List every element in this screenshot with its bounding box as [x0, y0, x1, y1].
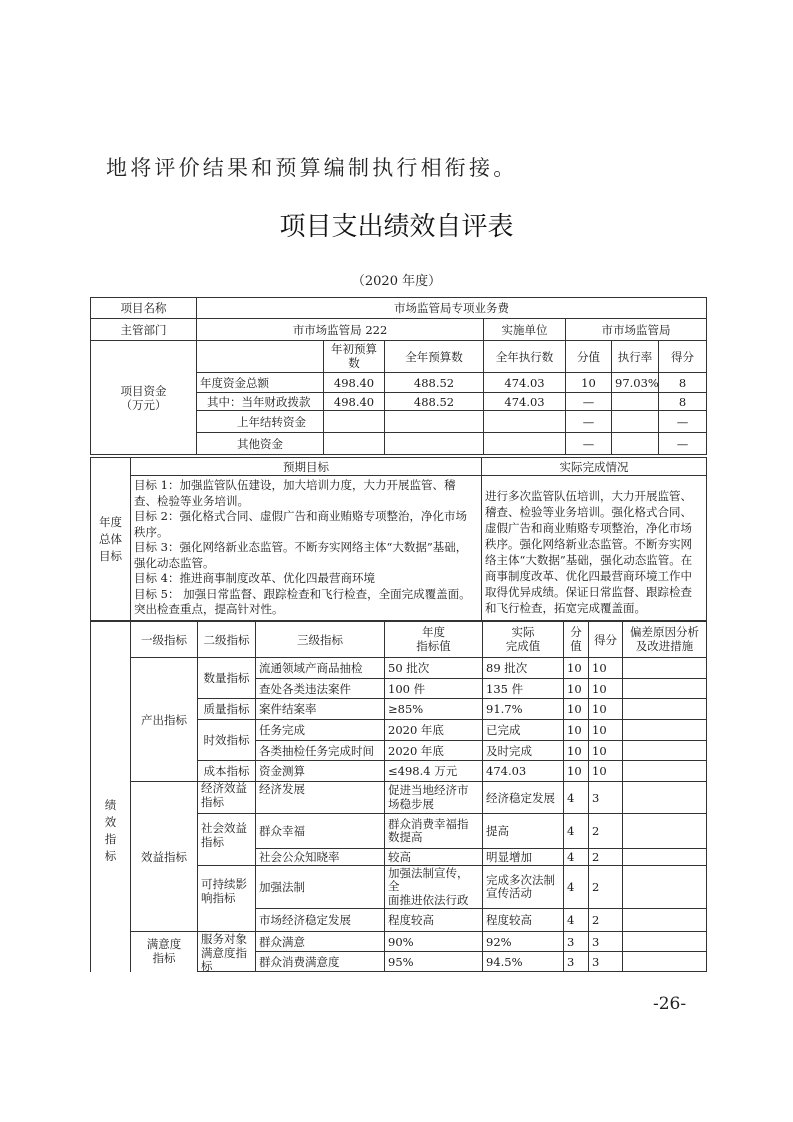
actual-cell: 完成多次法制宣传活动	[483, 866, 564, 909]
analysis-cell	[623, 909, 707, 932]
expected-goals-header: 预期目标	[131, 458, 482, 476]
indicator-row: 满意度指标 服务对象满意度指标 群众满意 90% 92% 3 3	[91, 932, 707, 952]
header-level1: 一级指标	[131, 622, 198, 658]
actual-cell: 91.7%	[483, 699, 564, 720]
actual-results-header: 实际完成情况	[482, 458, 707, 476]
score-cell: 10	[589, 658, 623, 679]
target-cell: ≤498.4 万元	[385, 761, 483, 782]
expected-goals-list: 目标 1：加强监管队伍建设，加大培训力度，大力开展监管、稽查、检验等业务培训。 …	[131, 476, 482, 621]
analysis-cell	[623, 814, 707, 849]
target-cell: 程度较高	[385, 909, 483, 932]
actual-results-text: 进行多次监管队伍培训，大力开展监管、稽查、检验等业务培训。强化格式合同、虚假广告…	[482, 476, 707, 621]
score-value-cell: 3	[564, 932, 589, 952]
level1-output: 产出指标	[131, 658, 198, 782]
indicator-row: 产出指标 数量指标 流通领域产商品抽检 50 批次 89 批次 10 10	[91, 658, 707, 679]
fund-score: 8	[659, 373, 707, 393]
score-cell: 3	[589, 782, 623, 814]
fund-executed	[484, 433, 566, 455]
analysis-cell	[623, 866, 707, 909]
header-level2: 二级指标	[198, 622, 256, 658]
level3-cell: 查处各类违法案件	[256, 679, 385, 699]
score-value-cell: 4	[564, 782, 589, 814]
actual-cell: 94.5%	[483, 952, 564, 972]
score-cell: 10	[589, 761, 623, 782]
analysis-cell	[623, 849, 707, 866]
fund-executed	[484, 411, 566, 433]
header-analysis: 偏差原因分析及改进措施	[623, 622, 707, 658]
level3-cell: 资金测算	[256, 761, 385, 782]
analysis-cell	[623, 699, 707, 720]
goal-item: 目标 1：加强监管队伍建设，加大培训力度，大力开展监管、稽查、检验等业务培训。	[134, 478, 478, 509]
page-number: -26-	[653, 994, 686, 1014]
intro-paragraph: 地将评价结果和预算编制执行相衔接。	[106, 152, 517, 182]
funds-label-line1: 项目资金	[94, 384, 193, 398]
fund-annual	[385, 433, 484, 455]
level2-service-satisfaction: 服务对象满意度指标	[198, 932, 256, 972]
level3-cell: 社会公众知晓率	[256, 849, 385, 866]
score-cell: 10	[589, 741, 623, 761]
level3-cell: 群众幸福	[256, 814, 385, 849]
fund-score-value: —	[566, 433, 612, 455]
fund-executed: 474.03	[484, 373, 566, 393]
header-target: 年度指标值	[385, 622, 483, 658]
actual-cell: 89 批次	[483, 658, 564, 679]
fund-score: —	[659, 433, 707, 455]
goals-section-label: 年度总体目标	[91, 458, 131, 621]
score-value-cell: 4	[564, 849, 589, 866]
level3-cell: 任务完成	[256, 720, 385, 741]
score-cell: 10	[589, 699, 623, 720]
level2-quantity: 数量指标	[198, 658, 256, 699]
score-cell: 2	[589, 909, 623, 932]
score-value-cell: 10	[564, 720, 589, 741]
header-exec-rate: 执行率	[612, 341, 659, 373]
score-cell: 3	[589, 932, 623, 952]
analysis-cell	[623, 782, 707, 814]
target-cell: 100 件	[385, 679, 483, 699]
analysis-cell	[623, 932, 707, 952]
header-level3: 三级指标	[256, 622, 385, 658]
fund-initial	[324, 433, 385, 455]
indicators-section-label: 绩效指标	[91, 622, 131, 972]
fund-annual	[385, 411, 484, 433]
score-value-cell: 4	[564, 909, 589, 932]
goal-item: 目标 3：强化网络新业态监管。不断夯实网络主体“大数据”基础，强化动态监管。	[134, 540, 478, 571]
score-value-cell: 10	[564, 679, 589, 699]
actual-cell: 提高	[483, 814, 564, 849]
fund-name: 年度资金总额	[197, 373, 324, 393]
level2-quality: 质量指标	[198, 699, 256, 720]
level3-cell: 加强法制	[256, 866, 385, 909]
fund-name: 上年结转资金	[197, 411, 324, 433]
target-cell: 95%	[385, 952, 483, 972]
goal-item: 目标 5： 加强日常监督、跟踪检查和飞行检查，全面完成覆盖面。突出检查重点，提高…	[134, 587, 478, 618]
fund-score-value: —	[566, 411, 612, 433]
analysis-cell	[623, 679, 707, 699]
fund-score: —	[659, 411, 707, 433]
actual-cell: 经济稳定发展	[483, 782, 564, 814]
fund-executed: 474.03	[484, 393, 566, 411]
indicator-row: 效益指标 经济效益指标 经济发展 促进当地经济市场稳步展 经济稳定发展 4 3	[91, 782, 707, 814]
fund-score-value: —	[566, 393, 612, 411]
score-cell: 3	[589, 952, 623, 972]
score-cell: 10	[589, 720, 623, 741]
analysis-cell	[623, 952, 707, 972]
fund-rate	[612, 393, 659, 411]
project-name-value: 市场监管局专项业务费	[197, 298, 707, 319]
header-actual: 实际完成值	[483, 622, 564, 658]
actual-cell: 程度较高	[483, 909, 564, 932]
analysis-cell	[623, 741, 707, 761]
actual-cell: 明显增加	[483, 849, 564, 866]
level1-satisfaction: 满意度指标	[131, 932, 198, 972]
level3-cell: 群众满意	[256, 932, 385, 952]
dept-label: 主管部门	[91, 319, 197, 341]
score-cell: 2	[589, 866, 623, 909]
score-cell: 10	[589, 679, 623, 699]
header-score: 得分	[589, 622, 623, 658]
analysis-cell	[623, 658, 707, 679]
fund-annual: 488.52	[385, 373, 484, 393]
analysis-cell	[623, 720, 707, 741]
header-annual-budget: 全年预算数	[385, 341, 484, 373]
indicators-table: 绩效指标 一级指标 二级指标 三级指标 年度指标值 实际完成值 分值 得分 偏差…	[90, 621, 707, 972]
goal-item: 目标 4：推进商事制度改革、优化四最营商环境	[134, 571, 478, 587]
header-score-value: 分值	[566, 341, 612, 373]
project-name-label: 项目名称	[91, 298, 197, 319]
level3-cell: 经济发展	[256, 782, 385, 814]
fund-rate: 97.03%	[612, 373, 659, 393]
target-cell: 90%	[385, 932, 483, 952]
fund-score: 8	[659, 393, 707, 411]
level2-economic: 经济效益指标	[198, 782, 256, 814]
score-cell: 2	[589, 849, 623, 866]
score-value-cell: 10	[564, 761, 589, 782]
funds-header-blank	[197, 341, 324, 373]
fund-initial: 498.40	[324, 393, 385, 411]
page-title: 项目支出绩效自评表	[0, 206, 793, 243]
funds-section-label: 项目资金 （万元）	[91, 341, 197, 455]
level3-cell: 市场经济稳定发展	[256, 909, 385, 932]
impl-unit-label: 实施单位	[484, 319, 566, 341]
target-cell: ≥85%	[385, 699, 483, 720]
impl-unit-value: 市市场监管局	[566, 319, 707, 341]
header-executed: 全年执行数	[484, 341, 566, 373]
fund-initial: 498.40	[324, 373, 385, 393]
actual-cell: 474.03	[483, 761, 564, 782]
header-score: 得分	[659, 341, 707, 373]
level2-sustainable: 可持续影响指标	[198, 866, 256, 932]
level3-cell: 流通领域产商品抽检	[256, 658, 385, 679]
dept-value: 市市场监管局 222	[197, 319, 484, 341]
fund-initial	[324, 411, 385, 433]
level2-social: 社会效益指标	[198, 814, 256, 866]
score-value-cell: 3	[564, 952, 589, 972]
score-value-cell: 4	[564, 814, 589, 849]
funds-table: 项目名称 市场监管局专项业务费 主管部门 市市场监管局 222 实施单位 市市场…	[90, 297, 707, 455]
fund-annual: 488.52	[385, 393, 484, 411]
score-value-cell: 10	[564, 699, 589, 720]
score-cell: 2	[589, 814, 623, 849]
actual-cell: 及时完成	[483, 741, 564, 761]
fund-rate	[612, 411, 659, 433]
fund-score-value: 10	[566, 373, 612, 393]
level3-cell: 各类抽检任务完成时间	[256, 741, 385, 761]
fund-name: 其他资金	[197, 433, 324, 455]
analysis-cell	[623, 761, 707, 782]
level3-cell: 群众消费满意度	[256, 952, 385, 972]
target-cell: 群众消费幸福指数提高	[385, 814, 483, 849]
funds-label-line2: （万元）	[94, 398, 193, 412]
header-score-value: 分值	[564, 622, 589, 658]
target-cell: 2020 年底	[385, 720, 483, 741]
target-cell: 加强法制宣传，全面推进依法行政	[385, 866, 483, 909]
actual-cell: 135 件	[483, 679, 564, 699]
header-initial-budget: 年初预算数	[324, 341, 385, 373]
level2-cost: 成本指标	[198, 761, 256, 782]
fund-name: 其中：当年财政拨款	[197, 393, 324, 411]
score-value-cell: 10	[564, 658, 589, 679]
actual-cell: 92%	[483, 932, 564, 952]
target-cell: 较高	[385, 849, 483, 866]
target-cell: 2020 年底	[385, 741, 483, 761]
goal-item: 目标 2：强化格式合同、虚假广告和商业贿赂专项整治，净化市场秩序。	[134, 509, 478, 540]
level2-timeliness: 时效指标	[198, 720, 256, 761]
year-label: （2020 年度）	[0, 270, 793, 289]
target-cell: 促进当地经济市场稳步展	[385, 782, 483, 814]
target-cell: 50 批次	[385, 658, 483, 679]
level1-benefit: 效益指标	[131, 782, 198, 932]
score-value-cell: 10	[564, 741, 589, 761]
fund-rate	[612, 433, 659, 455]
goals-table: 年度总体目标 预期目标 实际完成情况 目标 1：加强监管队伍建设，加大培训力度，…	[90, 457, 707, 621]
actual-cell: 已完成	[483, 720, 564, 741]
score-value-cell: 4	[564, 866, 589, 909]
level3-cell: 案件结案率	[256, 699, 385, 720]
